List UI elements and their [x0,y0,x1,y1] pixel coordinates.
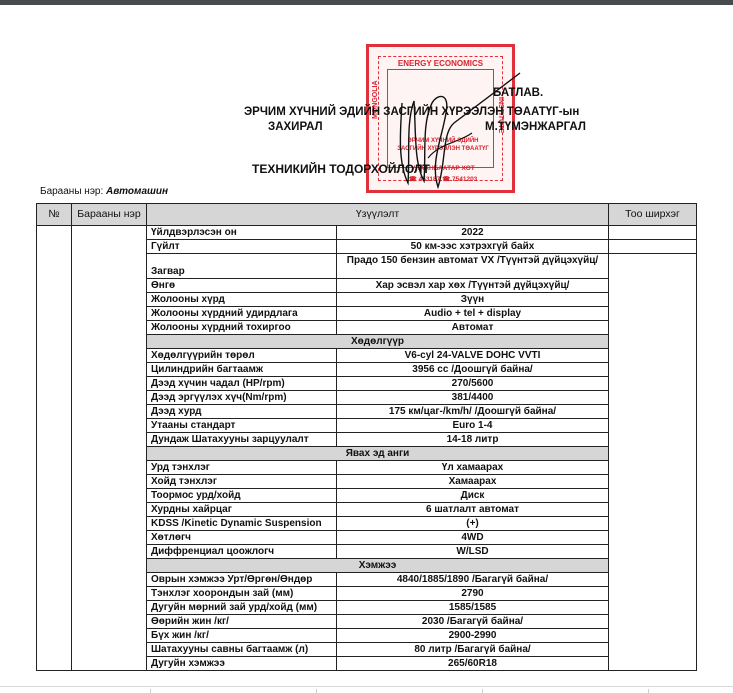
spec-key: Урд тэнхлэг [147,461,337,475]
spec-value: 270/5600 [337,377,609,391]
section-title: Явах эд анги [147,447,609,461]
cell-qty [609,226,697,240]
section-title: Хөдөлгүүр [147,335,609,349]
stamp-top-text: ENERGY ECONOMICS [369,59,512,68]
header-no: № [37,204,72,226]
spec-value: 6 шатлалт автомат [337,503,609,517]
spec-value: 50 км-ээс хэтрэхгүй байх [337,240,609,254]
spec-value: Автомат [337,321,609,335]
goods-name-value: Автомашин [106,186,168,197]
spec-value: 265/60R18 [337,657,609,671]
spec-value: (+) [337,517,609,531]
divider [482,689,483,693]
table-header-row: № Барааны нэр Үзүүлэлт Тоо ширхэг [37,204,697,226]
spec-key: Хурдны хайрцаг [147,503,337,517]
stamp-inner-frame [387,69,494,168]
spec-value: 80 литр /Багагүй байна/ [337,643,609,657]
spec-value: 2022 [337,226,609,240]
spec-value: Прадо 150 бензин автомат VX /Түүнтэй дүй… [337,254,609,279]
spec-key: Жолооны хүрдний удирдлага [147,307,337,321]
spec-key: Загвар [147,254,337,279]
document-page: ENERGY ECONOMICS MONGOLIA INSTITUTE ЭРЧИ… [0,5,733,688]
spec-key: Жолооны хүрдний тохиргоо [147,321,337,335]
spec-value: Хар эсвэл хар хөх /Түүнтэй дүйцэхүйц/ [337,279,609,293]
approval-organization: ЭРЧИМ ХҮЧНИЙ ЭДИЙН ЗАСГИЙН ХҮРЭЭЛЭН ТӨАА… [244,106,579,118]
spec-value: 2790 [337,587,609,601]
spec-key: Жолооны хүрд [147,293,337,307]
viewer-bottom-edge [0,686,733,693]
spec-key: Гүйлт [147,240,337,254]
spec-value: Үл хамаарах [337,461,609,475]
cell-qty [609,240,697,254]
cell-no [37,226,72,671]
spec-value: 4WD [337,531,609,545]
spec-key: Дугуйн мөрний зай урд/хойд (мм) [147,601,337,615]
spec-key: Дугуйн хэмжээ [147,657,337,671]
spec-value: Euro 1-4 [337,419,609,433]
spec-key: Цилиндрийн багтаамж [147,363,337,377]
spec-table: № Барааны нэр Үзүүлэлт Тоо ширхэг Үйлдвэ… [36,203,697,671]
spec-key: Дээд хүчин чадал (HP/rpm) [147,377,337,391]
spec-key: KDSS /Kinetic Dynamic Suspension [147,517,337,531]
spec-value: 2030 /Багагүй байна/ [337,615,609,629]
spec-key: Утааны стандарт [147,419,337,433]
spec-key: Дундаж Шатахууны зарцуулалт [147,433,337,447]
stamp-phone-text: ☎ 453187 ☎ 7541203 [393,175,493,183]
spec-key: Өнгө [147,279,337,293]
section-title: Хэмжээ [147,559,609,573]
spec-key: Хөтлөгч [147,531,337,545]
spec-key: Тэнхлэг хоорондын зай (мм) [147,587,337,601]
spec-key: Дээд хурд [147,405,337,419]
spec-key: Хойд тэнхлэг [147,475,337,489]
spec-value: 4840/1885/1890 /Багагүй байна/ [337,573,609,587]
spec-key: Дээд эргүүлэх хүч(Nm/rpm) [147,391,337,405]
spec-value: 3956 cc /Доошгүй байна/ [337,363,609,377]
goods-name-label: Барааны нэр: [40,186,103,197]
spec-value: Диск [337,489,609,503]
divider [150,689,151,693]
cell-qty [609,254,697,671]
document-title: ТЕХНИКИЙН ТОДОРХОЙЛОЛТ [252,162,430,176]
cell-goods-name [72,226,147,671]
spec-value: V6-cyl 24-VALVE DOHC VVTI [337,349,609,363]
goods-name-line: Барааны нэр: Автомашин [40,186,168,197]
spec-value: 381/4400 [337,391,609,405]
spec-value: 2900-2990 [337,629,609,643]
divider [648,689,649,693]
spec-value: Audio + tel + display [337,307,609,321]
spec-key: Тоормос урд/хойд [147,489,337,503]
spec-key: Шатахууны савны багтаамж (л) [147,643,337,657]
spec-key: Бүх жин /кг/ [147,629,337,643]
spec-key: Үйлдвэрлэсэн он [147,226,337,240]
spec-key: Хөдөлгүүрийн төрөл [147,349,337,363]
spec-value: W/LSD [337,545,609,559]
table-row: Үйлдвэрлэсэн он2022 [37,226,697,240]
divider [316,689,317,693]
approval-label: БАТЛАВ. [493,87,543,99]
spec-key: Оврын хэмжээ Урт/Өргөн/Өндөр [147,573,337,587]
spec-value: 175 км/цаг-/km/h/ /Доошгүй байна/ [337,405,609,419]
spec-value: Зүүн [337,293,609,307]
spec-value: 14-18 литр [337,433,609,447]
spec-key: Диффренциал цоожлогч [147,545,337,559]
spec-value: Хамаарах [337,475,609,489]
spec-key: Өөрийн жин /кг/ [147,615,337,629]
header-name: Барааны нэр [72,204,147,226]
stamp-middle-text: ЭРЧИМ ХҮЧНИЙ ЭДИЙН ЗАСГИЙН ХҮРЭЭЛЭН ТӨАА… [393,137,493,153]
spec-value: 1585/1585 [337,601,609,615]
approval-position: ЗАХИРАЛ [268,121,323,133]
header-spec: Үзүүлэлт [147,204,609,226]
header-qty: Тоо ширхэг [609,204,697,226]
approval-signer: М.ТҮМЭНЖАРГАЛ [485,121,586,133]
